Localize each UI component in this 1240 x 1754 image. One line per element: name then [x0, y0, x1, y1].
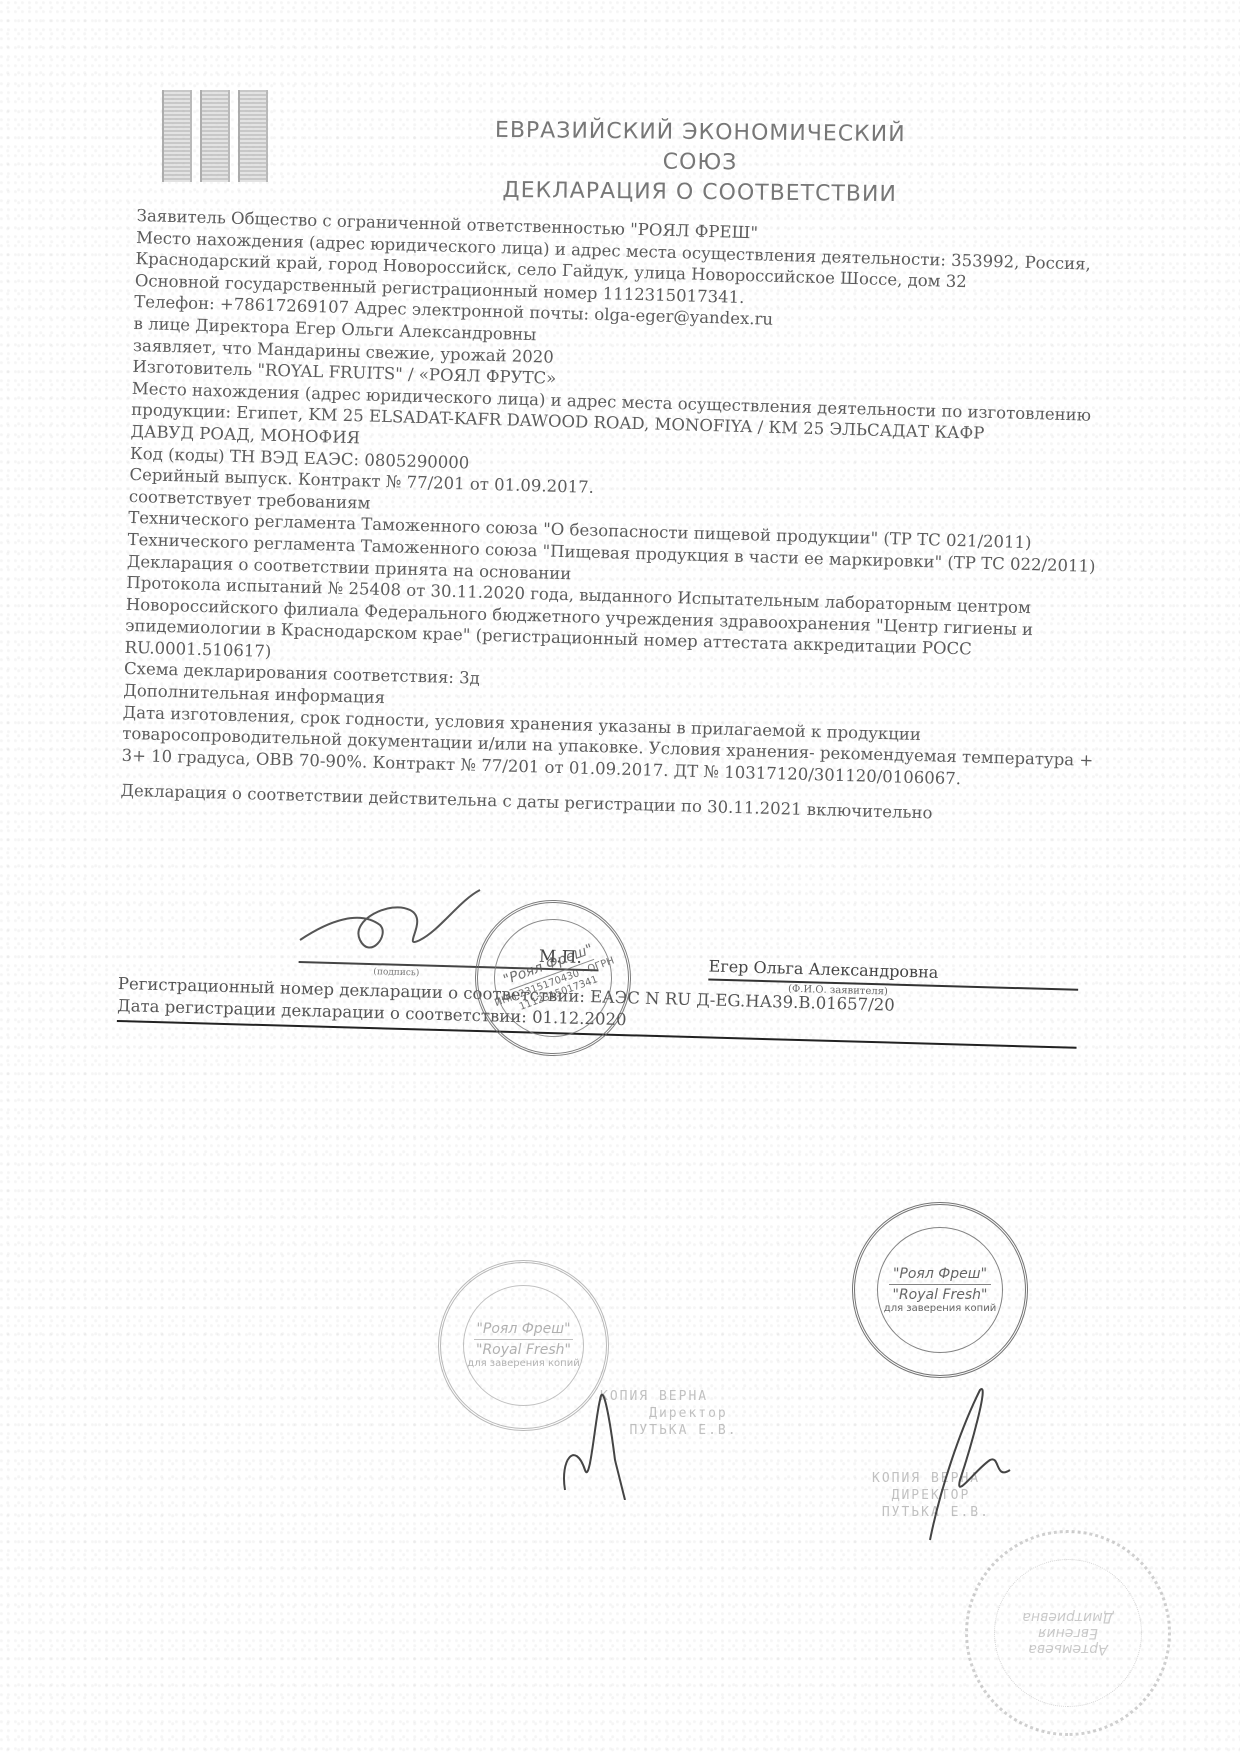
seal-name-3: Дмитриевна — [1022, 1609, 1113, 1625]
declaration-body: Заявитель Общество с ограниченной ответс… — [120, 205, 1076, 828]
applicant-fio: Егер Ольга Александровна — [708, 956, 938, 981]
copy-certification-seal-right: "Роял Фреш" "Royal Fresh" для заверения … — [852, 1202, 1028, 1378]
header-declaration-title: ДЕКЛАРАЦИЯ О СООТВЕТСТВИИ — [460, 175, 940, 210]
seal-company-name-en: "Royal Fresh" — [893, 1287, 988, 1303]
eac-logo-bar-c — [238, 90, 268, 182]
seal-name-1: Артемьева — [1028, 1641, 1108, 1657]
seal-company-name-ru: "Роял Фреш" — [476, 1321, 570, 1337]
document-header: ЕВРАЗИЙСКИЙ ЭКОНОМИЧЕСКИЙ СОЮЗ ДЕКЛАРАЦИ… — [460, 115, 941, 210]
seal-purpose: для заверения копий — [884, 1303, 996, 1315]
eac-logo-bar-a — [200, 90, 230, 182]
declaration-page: ЕВРАЗИЙСКИЙ ЭКОНОМИЧЕСКИЙ СОЮЗ ДЕКЛАРАЦИ… — [0, 0, 1240, 1754]
seal-company-name-en: "Royal Fresh" — [476, 1342, 571, 1358]
seal-name-2: Евгения — [1038, 1625, 1098, 1641]
faint-seal-bottom: Артемьева Евгения Дмитриевна — [965, 1530, 1171, 1736]
header-union-title: ЕВРАЗИЙСКИЙ ЭКОНОМИЧЕСКИЙ СОЮЗ — [460, 115, 941, 180]
eac-logo-bar-e — [162, 90, 192, 182]
seal-company-name-ru: "Роял Фреш" — [893, 1266, 987, 1282]
eac-logo — [162, 90, 272, 182]
